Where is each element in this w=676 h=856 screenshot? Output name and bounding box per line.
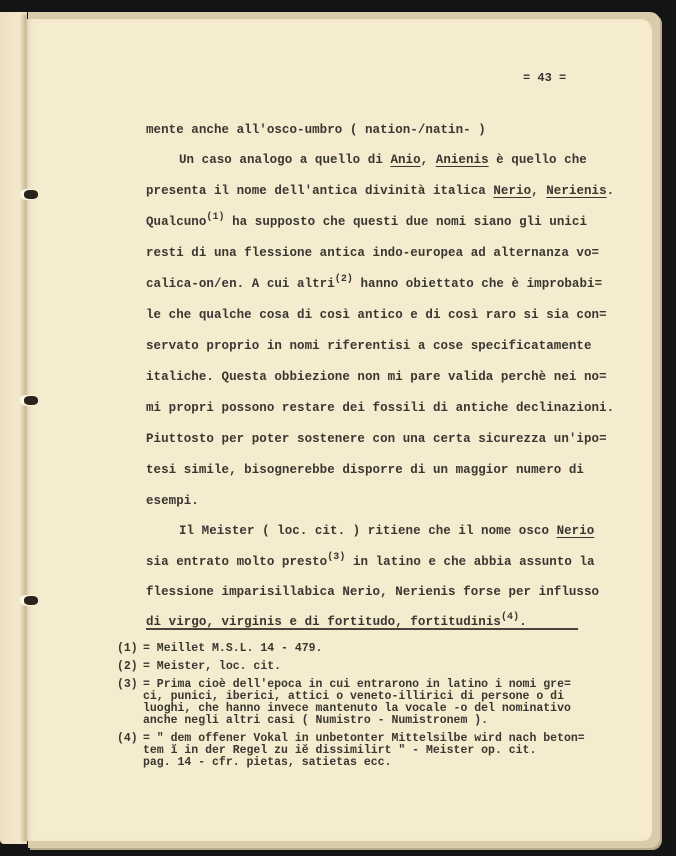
footnote-ref: (1) bbox=[206, 212, 224, 223]
text-line: tesi simile, bisognerebbe disporre di un… bbox=[146, 463, 584, 477]
text-line: resti di una flessione antica indo-europ… bbox=[146, 246, 599, 260]
text-line: Un caso analogo a quello di Anio, Anieni… bbox=[146, 153, 587, 167]
term-fortitudinis: fortitudinis bbox=[410, 615, 501, 629]
term-virgo: virgo bbox=[169, 615, 207, 629]
footnote-ref: (2) bbox=[335, 274, 353, 285]
text-line: le che qualche cosa di così antico e di … bbox=[146, 308, 607, 322]
footnote-text: = Meister, loc. cit. bbox=[143, 661, 593, 673]
text-line: servato proprio in nomi riferentisi a co… bbox=[146, 339, 592, 353]
text-line: Piuttosto per poter sostenere con una ce… bbox=[146, 432, 607, 446]
text-line: italiche. Questa obbiezione non mi pare … bbox=[146, 370, 607, 384]
footnote-ref: (3) bbox=[327, 552, 345, 563]
binding-hole bbox=[24, 190, 38, 199]
text-line: sia entrato molto presto(3) in latino e … bbox=[146, 555, 595, 569]
binding-hole bbox=[24, 396, 38, 405]
term-anienis: Anienis bbox=[436, 153, 489, 167]
footnote-mark: (1) bbox=[117, 643, 143, 655]
text-line: mente anche all'osco-umbro ( nation-/nat… bbox=[146, 123, 486, 137]
text-line: Qualcuno(1) ha supposto che questi due n… bbox=[146, 215, 587, 229]
footnote-4: (4)= " dem offener Vokal in unbetonter M… bbox=[117, 733, 597, 769]
footnote-text: = " dem offener Vokal in unbetonter Mitt… bbox=[143, 733, 593, 769]
text-line: flessione imparisillabica Nerio, Nerieni… bbox=[146, 585, 599, 599]
text-line: mi propri possono restare dei fossili di… bbox=[146, 401, 614, 415]
footnote-mark: (3) bbox=[117, 679, 143, 691]
term-nerio: Nerio bbox=[493, 184, 531, 198]
text-line: esempi. bbox=[146, 494, 199, 508]
text-line: di virgo, virginis e di fortitudo, forti… bbox=[146, 615, 527, 629]
footnote-1: (1)= Meillet M.S.L. 14 - 479. bbox=[117, 643, 597, 655]
text-line: calica-on/en. A cui altri(2) hanno obiet… bbox=[146, 277, 602, 291]
footnote-divider bbox=[146, 628, 578, 630]
footnote-mark: (2) bbox=[117, 661, 143, 673]
term-nerio: Nerio bbox=[557, 524, 595, 538]
footnote-3: (3)= Prima cioè dell'epoca in cui entrar… bbox=[117, 679, 597, 727]
footnote-text: = Meillet M.S.L. 14 - 479. bbox=[143, 643, 593, 655]
term-fortitudo: fortitudo bbox=[327, 615, 395, 629]
text-line: Il Meister ( loc. cit. ) ritiene che il … bbox=[146, 524, 594, 538]
footnote-text: = Prima cioè dell'epoca in cui entrarono… bbox=[143, 679, 593, 727]
term-virginis: virginis bbox=[222, 615, 282, 629]
term-anio: Anio bbox=[390, 153, 420, 167]
footnote-ref: (4) bbox=[501, 612, 519, 623]
footnote-2: (2)= Meister, loc. cit. bbox=[117, 661, 597, 673]
footnote-mark: (4) bbox=[117, 733, 143, 745]
text-line: presenta il nome dell'antica divinità it… bbox=[146, 184, 614, 198]
spine-shadow bbox=[20, 15, 28, 841]
term-nerienis: Nerienis bbox=[546, 184, 606, 198]
page-number: = 43 = bbox=[523, 71, 566, 85]
binding-hole bbox=[24, 596, 38, 605]
